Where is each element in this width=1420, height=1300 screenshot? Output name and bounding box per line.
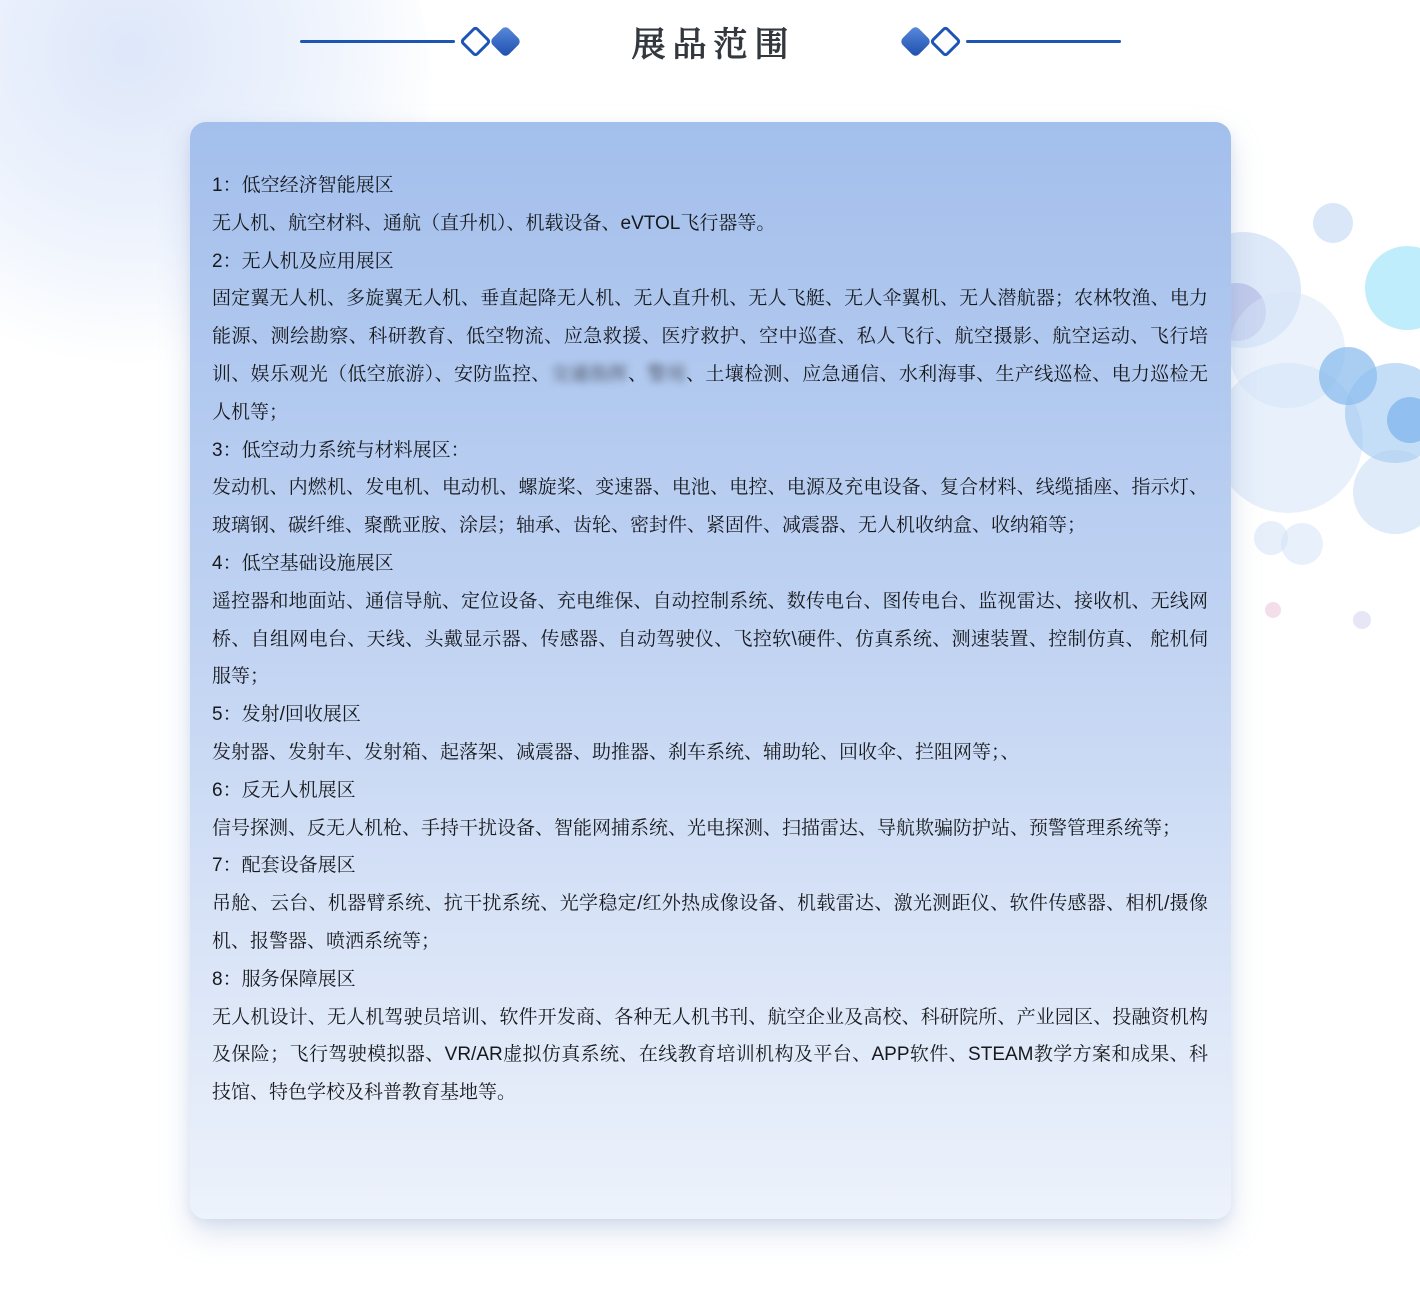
decor-line-left — [300, 40, 455, 43]
decor-bubble — [1345, 363, 1420, 463]
decor-bubble — [1229, 292, 1345, 408]
page-title: 展品范围 — [632, 17, 796, 66]
diamond-outline-icon — [459, 25, 492, 58]
decor-bubble — [1254, 521, 1288, 555]
section-header: 展品范围 — [0, 10, 1420, 72]
decor-bubble — [1319, 347, 1377, 405]
section-2-heading: 2：无人机及应用展区 — [212, 243, 1208, 281]
decor-bubble — [1213, 363, 1363, 513]
section-7-heading: 7：配套设备展区 — [212, 847, 1208, 885]
section-6-heading: 6：反无人机展区 — [212, 772, 1208, 810]
section-4-heading: 4：低空基础设施展区 — [212, 545, 1208, 583]
decor-bubble — [1265, 602, 1281, 618]
decor-bubble — [1365, 246, 1420, 330]
section-3-content: 发动机、内燃机、发电机、电动机、螺旋桨、变速器、电池、电控、电源及充电设备、复合… — [212, 469, 1208, 545]
blurred-separator: 、 — [628, 364, 647, 385]
section-4-content: 遥控器和地面站、通信导航、定位设备、充电维保、自动控制系统、数传电台、图传电台、… — [212, 583, 1208, 696]
decor-line-right — [966, 40, 1121, 43]
decor-bubble — [1281, 523, 1323, 565]
diamond-filled-icon — [489, 25, 522, 58]
blurred-term-1: 交通指挥 — [551, 364, 628, 385]
decor-bubble — [1353, 611, 1371, 629]
section-7-content: 吊舱、云台、机器臂系统、抗干扰系统、光学稳定/红外热成像设备、机载雷达、激光测距… — [212, 885, 1208, 961]
diamond-outline-icon — [929, 25, 962, 58]
section-6-content: 信号探测、反无人机枪、手持干扰设备、智能网捕系统、光电探测、扫描雷达、导航欺骗防… — [212, 810, 1208, 848]
blurred-term-2: 警用 — [647, 364, 686, 385]
section-1-content: 无人机、航空材料、通航（直升机）、机载设备、eVTOL飞行器等。 — [212, 205, 1208, 243]
section-5-content: 发射器、发射车、发射箱、起落架、减震器、助推器、刹车系统、辅助轮、回收伞、拦阻网… — [212, 734, 1208, 772]
section-1-heading: 1：低空经济智能展区 — [212, 167, 1208, 205]
section-3-heading: 3：低空动力系统与材料展区： — [212, 432, 1208, 470]
decor-bubble — [1353, 450, 1420, 534]
section-2-content: 固定翼无人机、多旋翼无人机、垂直起降无人机、无人直升机、无人飞艇、无人伞翼机、无… — [212, 280, 1208, 431]
section-8-heading: 8：服务保障展区 — [212, 961, 1208, 999]
decor-bubble — [1387, 397, 1420, 443]
section-8-content: 无人机设计、无人机驾驶员培训、软件开发商、各种无人机书刊、航空企业及高校、科研院… — [212, 999, 1208, 1112]
diamond-filled-icon — [899, 25, 932, 58]
exhibit-scope-card: 1：低空经济智能展区 无人机、航空材料、通航（直升机）、机载设备、eVTOL飞行… — [190, 122, 1231, 1219]
section-5-heading: 5：发射/回收展区 — [212, 696, 1208, 734]
decor-bubble — [1313, 203, 1353, 243]
